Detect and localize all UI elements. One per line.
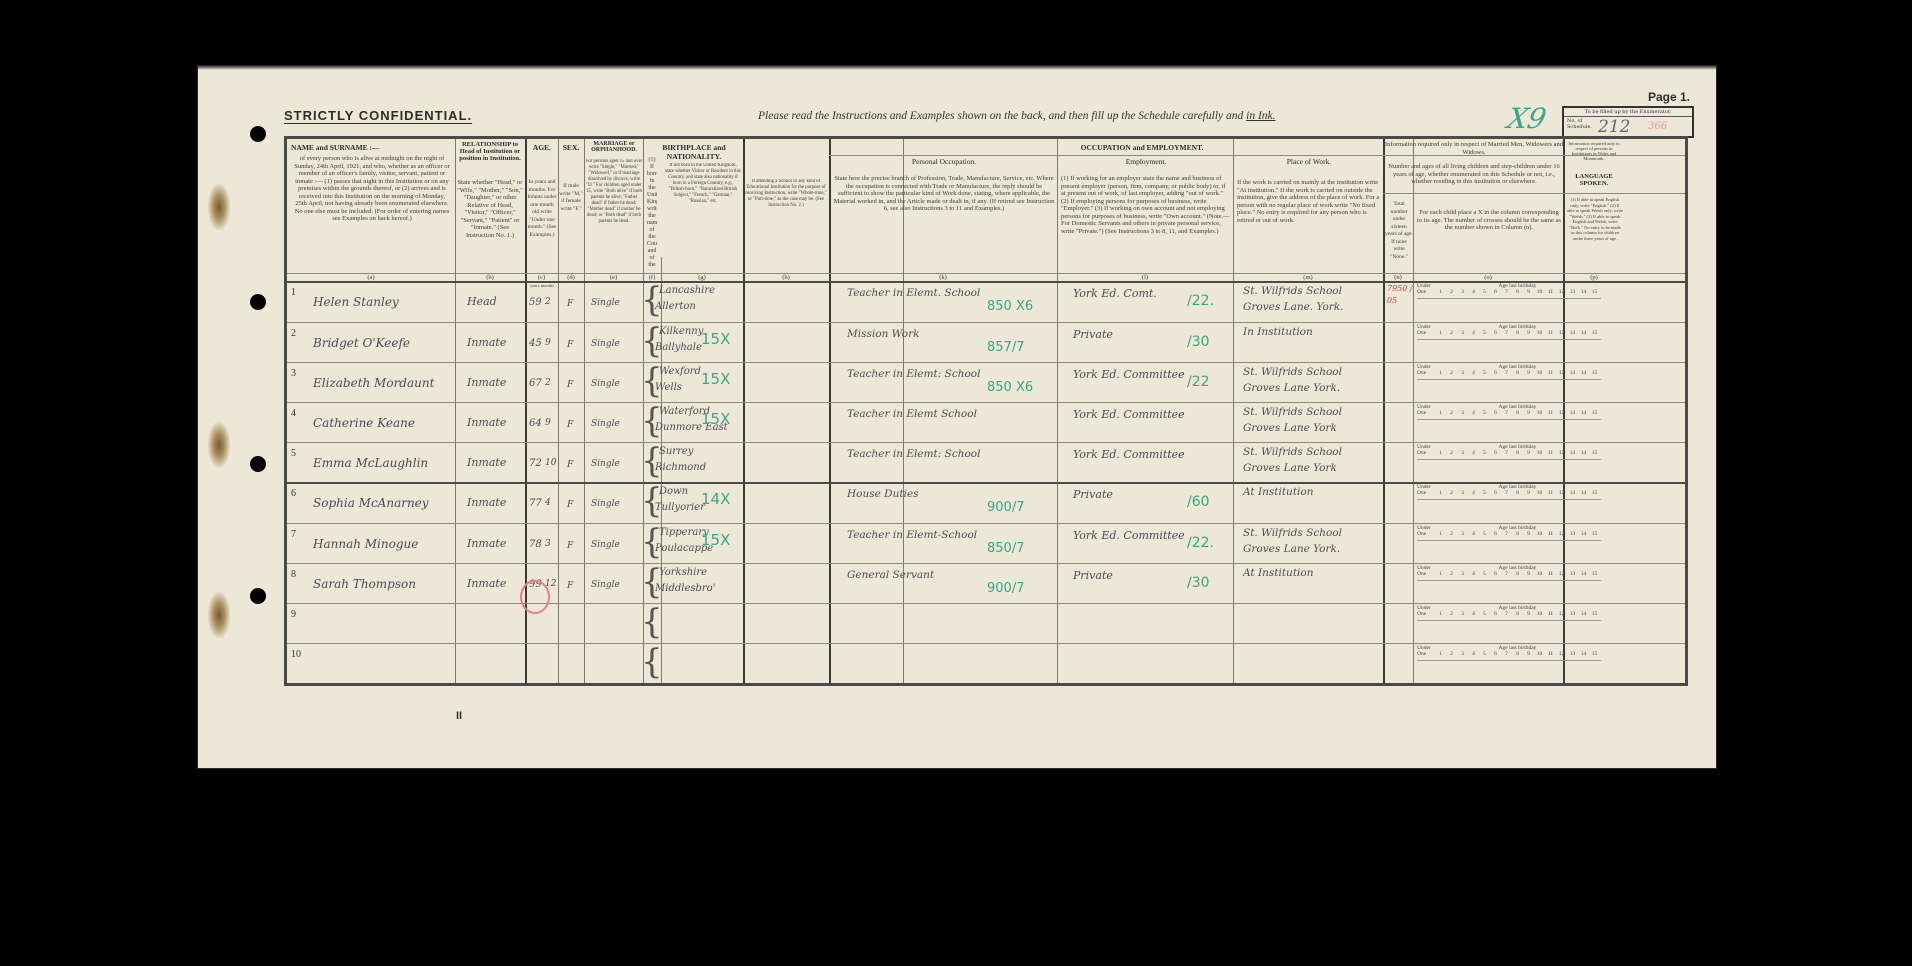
header-marriage-body: For persons aged 15 and over write "Sing… (585, 159, 643, 271)
age-column-label: 8 (1512, 410, 1523, 416)
relationship: Inmate (467, 537, 506, 550)
age-column-label: 4 (1468, 651, 1479, 657)
child-age-grid: Under OneAge last birthday12345678910111… (1417, 525, 1601, 541)
age-column-label: 5 (1479, 571, 1490, 577)
personal-occupation: Teacher in Elemt School (847, 408, 977, 420)
person-name: Bridget O'Keefe (313, 336, 410, 350)
marital-status: Single (591, 298, 620, 308)
punch-hole (250, 456, 266, 472)
age-column-label: 12 (1556, 410, 1567, 416)
age-column-label: 14 (1578, 410, 1589, 416)
header-children-total: Total number under sixteen years of age.… (1385, 201, 1413, 273)
age-sub-label: years months (527, 282, 557, 290)
row-number: 5 (291, 448, 296, 459)
age-years: 72 (529, 458, 542, 469)
age-column-label: 7 (1501, 330, 1512, 336)
age-column-label: 2 (1446, 330, 1457, 336)
age-column-label: 9 (1523, 370, 1534, 376)
relationship: Inmate (467, 336, 506, 349)
age-column-label: 1 (1435, 571, 1446, 577)
age-column-label: 3 (1457, 531, 1468, 537)
relationship: Inmate (467, 376, 506, 389)
age-column-label: 3 (1457, 330, 1468, 336)
age-column-label: 3 (1457, 651, 1468, 657)
place-of-work-line2: Groves Lane York (1243, 422, 1337, 434)
red-circle-mark (520, 580, 550, 614)
personal-occupation: General Servant (847, 569, 934, 581)
sex: F (567, 340, 573, 350)
age-years: 59 (529, 297, 542, 308)
relationship: Inmate (467, 456, 506, 469)
age-column-label: 10 (1534, 611, 1545, 617)
personal-occupation: Teacher in Elemt. School (847, 287, 980, 299)
child-age-grid: Under OneAge last birthday12345678910111… (1417, 605, 1601, 621)
place-of-work: St. Wilfrids School (1243, 285, 1342, 297)
age-column-label: 6 (1490, 531, 1501, 537)
age-column-label: 1 (1435, 611, 1446, 617)
place-of-work: St. Wilfrids School (1243, 406, 1342, 418)
nationality-code: 14X (701, 490, 730, 508)
age-column-label: 2 (1446, 450, 1457, 456)
age-column-label: 9 (1523, 410, 1534, 416)
age-years: 77 (529, 498, 542, 509)
employment-code: /60 (1187, 494, 1210, 510)
age-column-label: 4 (1468, 330, 1479, 336)
age-column-label: 1 (1435, 490, 1446, 496)
punch-hole (250, 126, 266, 142)
age-column-label: 14 (1578, 651, 1589, 657)
age-column-label: 15 (1589, 370, 1600, 376)
age-column-label: 2 (1446, 611, 1457, 617)
under-one-label: Under One (1417, 525, 1435, 537)
occupation-code: 857/7 (987, 340, 1024, 355)
col-letter-g: (g) (661, 274, 743, 282)
nationality-code: 15X (701, 410, 730, 428)
header-name: NAME and SURNAME :— (291, 143, 451, 152)
header-birthplace-f: (1) If born in the United Kingdom, write… (647, 157, 657, 267)
age-column-label: 9 (1523, 330, 1534, 336)
sex: F (567, 420, 573, 430)
age-column-label: 15 (1589, 490, 1600, 496)
age-column-label: 7 (1501, 611, 1512, 617)
marital-status: Single (591, 580, 620, 590)
employment-code: /22. (1187, 535, 1214, 551)
col-letter-k: (k) (829, 274, 1057, 282)
age-column-label: 13 (1567, 450, 1578, 456)
relationship: Head (467, 295, 497, 308)
age-column-label: 14 (1578, 531, 1589, 537)
age-column-label: 2 (1446, 410, 1457, 416)
header-employment-body: (1) If working for an employer state the… (1061, 175, 1231, 271)
employment-code: /30 (1187, 334, 1210, 350)
age-column-label: 5 (1479, 289, 1490, 295)
sex: F (567, 500, 573, 510)
age-column-label: 3 (1457, 289, 1468, 295)
employer: York Ed. Committee (1073, 368, 1185, 381)
staple-stain (208, 422, 230, 468)
age-column-label: 15 (1589, 410, 1600, 416)
under-one-label: Under One (1417, 283, 1435, 295)
employer: York Ed. Comt. (1073, 287, 1157, 300)
schedule-number: 212 (1598, 117, 1630, 137)
age-column-label: 4 (1468, 490, 1479, 496)
age-column-label: 12 (1556, 370, 1567, 376)
under-one-label: Under One (1417, 324, 1435, 336)
relationship: Inmate (467, 416, 506, 429)
row-number: 9 (291, 609, 296, 620)
age-column-label: 14 (1578, 611, 1589, 617)
place-of-work-line2: Groves Lane York. (1243, 382, 1340, 394)
employer: Private (1073, 569, 1113, 582)
age-column-label: 8 (1512, 651, 1523, 657)
age-column-label: 2 (1446, 571, 1457, 577)
age-column-label: 2 (1446, 490, 1457, 496)
marital-status: Single (591, 540, 620, 550)
relationship: Inmate (467, 577, 506, 590)
age-column-label: 6 (1490, 330, 1501, 336)
age-months: 9 (545, 338, 551, 348)
age-column-label: 5 (1479, 651, 1490, 657)
age-column-label: 12 (1556, 531, 1567, 537)
place-of-work: St. Wilfrids School (1243, 366, 1342, 378)
age-column-label: 6 (1490, 611, 1501, 617)
birth-town: Allerton (655, 301, 696, 312)
age-column-label: 13 (1567, 289, 1578, 295)
employer: Private (1073, 328, 1113, 341)
col-letter-m: (m) (1233, 274, 1383, 282)
place-of-work: In Institution (1243, 326, 1313, 338)
age-column-label: 4 (1468, 531, 1479, 537)
child-age-grid: Under OneAge last birthday12345678910111… (1417, 364, 1601, 380)
age-column-label: 11 (1545, 490, 1556, 496)
age-column-label: 8 (1512, 490, 1523, 496)
row-number: 2 (291, 328, 296, 339)
under-one-label: Under One (1417, 484, 1435, 496)
age-months: 9 (545, 418, 551, 428)
birth-town: Ballyhale (655, 342, 702, 353)
age-column-label: 5 (1479, 330, 1490, 336)
age-column-label: 2 (1446, 531, 1457, 537)
header-children-crosses: For each child place a X in the column c… (1417, 209, 1561, 269)
age-column-label: 7 (1501, 490, 1512, 496)
row-number: 7 (291, 529, 296, 540)
age-column-label: 4 (1468, 289, 1479, 295)
age-column-label: 12 (1556, 289, 1567, 295)
age-column-label: 3 (1457, 490, 1468, 496)
under-one-label: Under One (1417, 645, 1435, 657)
personal-occupation: House Duties (847, 488, 919, 500)
header-age: AGE. (527, 143, 557, 152)
header-place-of-work: Place of Work. (1235, 157, 1383, 166)
employer: York Ed. Committee (1073, 408, 1185, 421)
header-language-body: (1) If able to speak English only, write… (1567, 197, 1623, 273)
age-column-label: 15 (1589, 330, 1600, 336)
staple-stain (208, 592, 230, 638)
place-of-work-line2: Groves Lane. York. (1243, 301, 1344, 313)
age-column-label: 7 (1501, 410, 1512, 416)
age-column-label: 10 (1534, 651, 1545, 657)
sex: F (567, 581, 573, 591)
child-age-grid: Under OneAge last birthday12345678910111… (1417, 645, 1601, 661)
row-number: 10 (291, 649, 301, 660)
age-column-label: 1 (1435, 410, 1446, 416)
instructions-ink: in Ink. (1246, 110, 1275, 122)
age-column-label: 12 (1556, 651, 1567, 657)
person-name: Emma McLaughlin (313, 456, 428, 470)
place-of-work: St. Wilfrids School (1243, 527, 1342, 539)
header-relationship-body: State whether "Head," or "Wife," "Mother… (457, 179, 523, 265)
age-column-label: 3 (1457, 370, 1468, 376)
place-of-work-line2: Groves Lane York (1243, 462, 1337, 474)
col-letter-e: (e) (584, 274, 643, 282)
under-one-label: Under One (1417, 404, 1435, 416)
census-schedule-page: STRICTLY CONFIDENTIAL. Please read the I… (198, 66, 1716, 768)
age-column-label: 5 (1479, 370, 1490, 376)
confidential-heading: STRICTLY CONFIDENTIAL. (284, 108, 472, 123)
person-name: Catherine Keane (313, 416, 415, 430)
birth-county: Wexford (659, 366, 701, 377)
birth-county: Surrey (659, 446, 693, 457)
age-column-label: 15 (1589, 651, 1600, 657)
employment-code: /22 (1187, 374, 1210, 390)
employer: York Ed. Committee (1073, 529, 1185, 542)
row-number: 3 (291, 368, 296, 379)
age-column-label: 15 (1589, 611, 1600, 617)
personal-occupation: Teacher in Elemt: School (847, 448, 980, 460)
header-language-top: Information required only in respect of … (1565, 141, 1623, 171)
sex: F (567, 460, 573, 470)
birth-town: Middlesbro' (655, 583, 715, 594)
header-schooling: If attending a School or any kind of Edu… (745, 179, 827, 269)
place-of-work-line2: Groves Lane York. (1243, 543, 1340, 555)
age-years: 78 (529, 539, 542, 550)
schedule-box-label: No. of Schedule. (1567, 118, 1589, 130)
footer-mark: II (456, 710, 462, 722)
birth-county: Yorkshire (659, 567, 707, 578)
header-children-top: Information required only in respect of … (1385, 141, 1563, 156)
employer: Private (1073, 488, 1113, 501)
age-column-label: 4 (1468, 450, 1479, 456)
child-age-grid: Under OneAge last birthday12345678910111… (1417, 565, 1601, 581)
age-column-label: 10 (1534, 490, 1545, 496)
birth-county: Down (659, 486, 688, 497)
age-months: 3 (545, 539, 551, 549)
age-column-label: 7 (1501, 571, 1512, 577)
col-letter-a: (a) (287, 274, 455, 282)
header-occupation-group: OCCUPATION and EMPLOYMENT. (907, 143, 1377, 152)
col-letter-b: (b) (455, 274, 525, 282)
age-column-label: 10 (1534, 289, 1545, 295)
age-column-label: 14 (1578, 330, 1589, 336)
relationship: Inmate (467, 496, 506, 509)
age-column-label: 14 (1578, 450, 1589, 456)
age-column-label: 2 (1446, 370, 1457, 376)
birth-county: Kilkenny (659, 326, 703, 337)
under-one-label: Under One (1417, 605, 1435, 617)
age-column-label: 3 (1457, 450, 1468, 456)
occupation-code: 900/7 (987, 581, 1024, 596)
age-column-label: 10 (1534, 450, 1545, 456)
child-age-grid: Under OneAge last birthday12345678910111… (1417, 404, 1601, 420)
under-one-label: Under One (1417, 444, 1435, 456)
header-marriage: MARRIAGE or ORPHANHOOD. (585, 141, 643, 153)
age-column-label: 15 (1589, 289, 1600, 295)
age-column-label: 8 (1512, 330, 1523, 336)
age-column-label: 7 (1501, 450, 1512, 456)
nationality-code: 15X (701, 531, 730, 549)
age-column-label: 13 (1567, 571, 1578, 577)
age-column-label: 11 (1545, 410, 1556, 416)
age-column-label: 12 (1556, 611, 1567, 617)
occupation-code: 850 X6 (987, 299, 1033, 314)
person-name: Sarah Thompson (313, 577, 416, 591)
instructions-line: Please read the Instructions and Example… (758, 110, 1276, 122)
place-of-work: St. Wilfrids School (1243, 446, 1342, 458)
occupation-code: 850/7 (987, 541, 1024, 556)
age-column-label: 7 (1501, 370, 1512, 376)
instructions-text: Please read the Instructions and Example… (758, 110, 1246, 122)
page-number: Page 1. (1648, 90, 1690, 104)
punch-hole (250, 588, 266, 604)
age-column-label: 13 (1567, 370, 1578, 376)
child-age-grid: Under OneAge last birthday12345678910111… (1417, 444, 1601, 460)
birth-county: Lancashire (659, 285, 715, 296)
age-years: 64 (529, 418, 542, 429)
age-column-label: 9 (1523, 571, 1534, 577)
age-column-label: 12 (1556, 490, 1567, 496)
age-column-label: 1 (1435, 370, 1446, 376)
col-letter-h: (h) (743, 274, 829, 282)
header-sex: SEX. (559, 143, 583, 152)
child-age-grid: Under OneAge last birthday12345678910111… (1417, 324, 1601, 340)
col-letter-c: (c) (525, 274, 558, 282)
header-relationship: RELATIONSHIP to Head of Institution or p… (457, 141, 523, 162)
age-column-label: 5 (1479, 490, 1490, 496)
age-column-label: 14 (1578, 370, 1589, 376)
header-birthplace: BIRTHPLACE and NATIONALITY. (645, 143, 743, 161)
age-column-label: 13 (1567, 410, 1578, 416)
header-language: LANGUAGE SPOKEN. (1565, 173, 1623, 187)
sex: F (567, 299, 573, 309)
age-column-label: 1 (1435, 330, 1446, 336)
age-column-label: 7 (1501, 531, 1512, 537)
age-column-label: 2 (1446, 289, 1457, 295)
marital-status: Single (591, 459, 620, 469)
age-column-label: 1 (1435, 651, 1446, 657)
annotation-x9: X9 (1504, 102, 1549, 135)
birth-town: Richmond (655, 462, 706, 473)
age-column-label: 6 (1490, 370, 1501, 376)
nationality-code: 15X (701, 330, 730, 348)
header-children-title: Number and ages of all living children a… (1385, 163, 1563, 193)
header-place-of-work-body: If the work is carried on mainly at the … (1237, 179, 1381, 269)
employment-code: /22. (1187, 293, 1214, 309)
age-column-label: 15 (1589, 571, 1600, 577)
age-years: 67 (529, 378, 542, 389)
age-column-label: 9 (1523, 611, 1534, 617)
age-column-label: 5 (1479, 531, 1490, 537)
employer: York Ed. Committee (1073, 448, 1185, 461)
age-column-label: 11 (1545, 651, 1556, 657)
row-number: 4 (291, 408, 296, 419)
age-column-label: 15 (1589, 450, 1600, 456)
age-column-label: 9 (1523, 531, 1534, 537)
birth-town: Tullyorier (655, 502, 705, 513)
sex: F (567, 380, 573, 390)
col-letter-o: (o) (1413, 274, 1563, 282)
person-name: Helen Stanley (313, 295, 399, 309)
age-months: 2 (545, 297, 551, 307)
child-age-grid: Under OneAge last birthday12345678910111… (1417, 484, 1601, 500)
age-column-label: 12 (1556, 330, 1567, 336)
person-name: Elizabeth Mordaunt (313, 376, 434, 390)
sex: F (567, 541, 573, 551)
col-letter-l: (l) (1057, 274, 1233, 282)
age-column-label: 14 (1578, 571, 1589, 577)
place-of-work: At Institution (1243, 567, 1313, 579)
occupation-code: 900/7 (987, 500, 1024, 515)
age-months: 4 (545, 498, 551, 508)
age-column-label: 10 (1534, 531, 1545, 537)
age-column-label: 6 (1490, 410, 1501, 416)
age-column-label: 5 (1479, 450, 1490, 456)
schedule-number-box: To be filled up by the Enumerator. No. o… (1562, 106, 1694, 138)
age-column-label: 6 (1490, 490, 1501, 496)
age-column-label: 6 (1490, 651, 1501, 657)
brace-icon: { (641, 605, 663, 639)
marital-status: Single (591, 419, 620, 429)
person-name: Hannah Minogue (313, 537, 418, 551)
age-column-label: 10 (1534, 571, 1545, 577)
age-column-label: 8 (1512, 611, 1523, 617)
brace-icon: { (641, 645, 663, 679)
age-column-label: 8 (1512, 531, 1523, 537)
age-months: 10 (545, 458, 556, 468)
marital-status: Single (591, 339, 620, 349)
age-column-label: 4 (1468, 370, 1479, 376)
age-column-label: 5 (1479, 611, 1490, 617)
header-sex-body: If male write "M," if female write "F." (559, 183, 583, 253)
personal-occupation: Teacher in Elemt: School (847, 368, 980, 380)
age-column-label: 3 (1457, 611, 1468, 617)
personal-occupation: Mission Work (847, 328, 919, 340)
children-total: 7950 / 05 (1387, 283, 1413, 307)
age-column-label: 11 (1545, 450, 1556, 456)
age-column-label: 12 (1556, 571, 1567, 577)
header-personal-occupation-body: State here the precise branch of Profess… (833, 175, 1055, 271)
person-name: Sophia McAnarney (313, 496, 429, 510)
header-employment: Employment. (1059, 157, 1233, 166)
schedule-box-header: To be filled up by the Enumerator. (1564, 108, 1692, 117)
age-column-label: 11 (1545, 531, 1556, 537)
age-column-label: 4 (1468, 571, 1479, 577)
place-of-work: At Institution (1243, 486, 1313, 498)
marital-status: Single (591, 379, 620, 389)
employment-code: /30 (1187, 575, 1210, 591)
staple-stain (208, 184, 230, 230)
age-column-label: 7 (1501, 289, 1512, 295)
row-number: 6 (291, 488, 296, 499)
age-column-label: 13 (1567, 651, 1578, 657)
header-name-body: of every person who is alive at midnight… (293, 155, 451, 265)
age-years: 45 (529, 338, 542, 349)
marital-status: Single (591, 499, 620, 509)
age-column-label: 10 (1534, 370, 1545, 376)
age-column-label: 3 (1457, 571, 1468, 577)
under-one-label: Under One (1417, 565, 1435, 577)
age-column-label: 9 (1523, 490, 1534, 496)
col-letter-n: (n) (1383, 274, 1413, 282)
